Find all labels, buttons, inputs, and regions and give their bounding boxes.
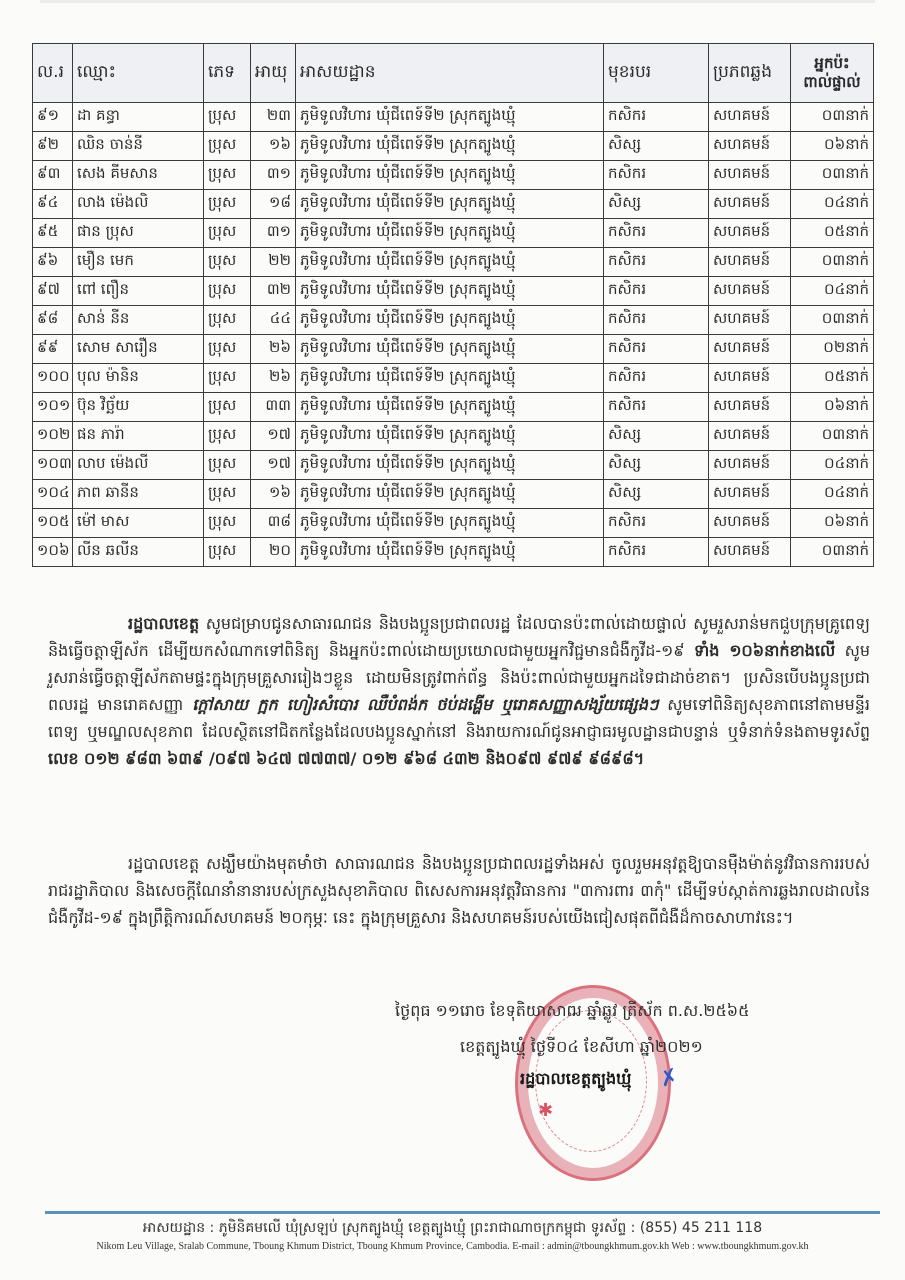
occupation-cell: កសិករ (604, 335, 709, 364)
occupation-cell: សិស្ស (604, 132, 709, 161)
person-name-cell: ផន ភារ៉ា (73, 422, 204, 451)
paragraph-emphasis: ទាំង ១០៦នាក់ខាងលើ (694, 641, 835, 660)
occupation-cell: កសិករ (604, 509, 709, 538)
direct-contacts-cell: ០៤នាក់ (791, 480, 874, 509)
footer-divider (45, 1211, 880, 1214)
row-number-cell: ១០៦ (33, 538, 73, 567)
direct-contacts-cell: ០៣នាក់ (791, 306, 874, 335)
person-name-cell: លាប ម៉េងលី (73, 451, 204, 480)
sex-cell: ប្រុស (204, 335, 251, 364)
row-number-cell: ៩៣ (33, 161, 73, 190)
age-cell: ១៦ (251, 132, 296, 161)
row-number-cell: ៩៩ (33, 335, 73, 364)
table-row: ១០០បុល ម៉ានិនប្រុស២៦ភូមិទូលវិហារ ឃុំជីពេ… (33, 364, 874, 393)
direct-contacts-cell: ០៤នាក់ (791, 277, 874, 306)
table-row: ១០១ប៊ុន វិច្ឆ័យប្រុស៣៣ភូមិទូលវិហារ ឃុំជី… (33, 393, 874, 422)
hotline-numbers: លេខ ០១២ ៩៨៣ ៦៣៩ /០៩៧ ៦៤៧ ៧៧៣៧/ ០១២ ៩៦៨ ៤… (48, 749, 644, 768)
sex-cell: ប្រុស (204, 509, 251, 538)
age-cell: ២៦ (251, 364, 296, 393)
address-cell: ភូមិទូលវិហារ ឃុំជីពេទ៍ទី២ ស្រុកត្បូងឃ្មុ… (296, 132, 604, 161)
occupation-cell: កសិករ (604, 248, 709, 277)
address-cell: ភូមិទូលវិហារ ឃុំជីពេទ៍ទី២ ស្រុកត្បូងឃ្មុ… (296, 248, 604, 277)
age-cell: ១៨ (251, 190, 296, 219)
notice-paragraph-1: រដ្ឋបាលខេត្ត សូមជម្រាបជូនសាធារណជន និងបងប… (48, 610, 870, 772)
age-cell: ១៧ (251, 451, 296, 480)
address-cell: ភូមិទូលវិហារ ឃុំជីពេទ៍ទី២ ស្រុកត្បូងឃ្មុ… (296, 190, 604, 219)
occupation-cell: កសិករ (604, 103, 709, 132)
table-row: ៩៨សាន់ នីនប្រុស៤៤ភូមិទូលវិហារ ឃុំជីពេទ៍ទ… (33, 306, 874, 335)
direct-contacts-cell: ០៥នាក់ (791, 364, 874, 393)
row-number-cell: ១០២ (33, 422, 73, 451)
lunar-date: ថ្ងៃពុធ ១១រោច ខែទុតិយាសាឍ ឆ្នាំឆ្លូវ ត្រ… (395, 1000, 749, 1024)
age-cell: ២៣ (251, 103, 296, 132)
person-name-cell: ដា គន្ធា (73, 103, 204, 132)
direct-contacts-cell: ០២នាក់ (791, 335, 874, 364)
age-cell: ៣១ (251, 161, 296, 190)
occupation-cell: សិស្ស (604, 190, 709, 219)
table-row: ១០៦លីន ឆលីនប្រុស២០ភូមិទូលវិហារ ឃុំជីពេទ៍… (33, 538, 874, 567)
table-header-row: ល.រ ឈ្មោះ ភេទ អាយុ អាសយដ្ឋាន មុខរបរ ប្រភ… (33, 44, 874, 103)
person-name-cell: ប៊ុន វិច្ឆ័យ (73, 393, 204, 422)
infection-source-cell: សហគមន៍ (709, 480, 791, 509)
row-number-cell: ១០៥ (33, 509, 73, 538)
person-name-cell: មឿន មេក (73, 248, 204, 277)
sex-cell: ប្រុស (204, 422, 251, 451)
paragraph-text: រដ្ឋបាលខេត្ត សង្ឃឹមយ៉ាងមុតមាំថា សាធារណជន… (48, 854, 870, 927)
occupation-cell: កសិករ (604, 161, 709, 190)
person-name-cell: សោម សារឿន (73, 335, 204, 364)
person-name-cell: ភាព ឆានីន (73, 480, 204, 509)
row-number-cell: ៩៤ (33, 190, 73, 219)
sex-cell: ប្រុស (204, 306, 251, 335)
occupation-cell: សិស្ស (604, 480, 709, 509)
table-row: ៩១ដា គន្ធាប្រុស២៣ភូមិទូលវិហារ ឃុំជីពេទ៍ទ… (33, 103, 874, 132)
header-contacts-line1: អ្នកប៉ះ (795, 54, 869, 73)
row-number-cell: ៩៦ (33, 248, 73, 277)
sex-cell: ប្រុស (204, 480, 251, 509)
person-name-cell: ផាន ប្រុស (73, 219, 204, 248)
age-cell: ១៦ (251, 480, 296, 509)
sex-cell: ប្រុស (204, 364, 251, 393)
row-number-cell: ១០៣ (33, 451, 73, 480)
infection-source-cell: សហគមន៍ (709, 509, 791, 538)
header-contacts-line2: ពាល់ផ្ទាល់ (795, 73, 869, 92)
table-row: ៩៥ផាន ប្រុសប្រុស៣១ភូមិទូលវិហារ ឃុំជីពេទ៍… (33, 219, 874, 248)
age-cell: ២០ (251, 538, 296, 567)
address-cell: ភូមិទូលវិហារ ឃុំជីពេទ៍ទី២ ស្រុកត្បូងឃ្មុ… (296, 277, 604, 306)
age-cell: ៣៣ (251, 393, 296, 422)
header-age: អាយុ (251, 44, 296, 103)
infection-source-cell: សហគមន៍ (709, 364, 791, 393)
infection-source-cell: សហគមន៍ (709, 103, 791, 132)
occupation-cell: កសិករ (604, 393, 709, 422)
infection-source-cell: សហគមន៍ (709, 161, 791, 190)
direct-contacts-cell: ០៣នាក់ (791, 248, 874, 277)
occupation-cell: កសិករ (604, 364, 709, 393)
contact-list-table: ល.រ ឈ្មោះ ភេទ អាយុ អាសយដ្ឋាន មុខរបរ ប្រភ… (32, 43, 874, 567)
header-address: អាសយដ្ឋាន (296, 44, 604, 103)
occupation-cell: កសិករ (604, 277, 709, 306)
age-cell: ១៧ (251, 422, 296, 451)
person-name-cell: ឈិន ចាន់នី (73, 132, 204, 161)
direct-contacts-cell: ០៣នាក់ (791, 422, 874, 451)
address-cell: ភូមិទូលវិហារ ឃុំជីពេទ៍ទី២ ស្រុកត្បូងឃ្មុ… (296, 422, 604, 451)
table-row: ៩៣សេង គីមសានប្រុស៣១ភូមិទូលវិហារ ឃុំជីពេទ… (33, 161, 874, 190)
age-cell: ៣៨ (251, 509, 296, 538)
address-cell: ភូមិទូលវិហារ ឃុំជីពេទ៍ទី២ ស្រុកត្បូងឃ្មុ… (296, 480, 604, 509)
direct-contacts-cell: ០៥នាក់ (791, 219, 874, 248)
table-row: ៩៦មឿន មេកប្រុស២២ភូមិទូលវិហារ ឃុំជីពេទ៍ទី… (33, 248, 874, 277)
occupation-cell: កសិករ (604, 219, 709, 248)
sex-cell: ប្រុស (204, 538, 251, 567)
infection-source-cell: សហគមន៍ (709, 277, 791, 306)
solar-date: ខេត្តត្បូងឃ្មុំ ថ្ងៃទី០៤ ខែសីហា ឆ្នាំ២០២… (460, 1036, 703, 1060)
occupation-cell: កសិករ (604, 538, 709, 567)
infection-source-cell: សហគមន៍ (709, 306, 791, 335)
infection-source-cell: សហគមន៍ (709, 248, 791, 277)
table-row: ៩៩សោម សារឿនប្រុស២៦ភូមិទូលវិហារ ឃុំជីពេទ៍… (33, 335, 874, 364)
table-row: ៩៤លាង ម៉េងលិប្រុស១៨ភូមិទូលវិហារ ឃុំជីពេទ… (33, 190, 874, 219)
address-cell: ភូមិទូលវិហារ ឃុំជីពេទ៍ទី២ ស្រុកត្បូងឃ្មុ… (296, 393, 604, 422)
person-name-cell: ពៅ ពឿន (73, 277, 204, 306)
address-cell: ភូមិទូលវិហារ ឃុំជីពេទ៍ទី២ ស្រុកត្បូងឃ្មុ… (296, 103, 604, 132)
age-cell: ៣១ (251, 219, 296, 248)
direct-contacts-cell: ០៦នាក់ (791, 132, 874, 161)
infection-source-cell: សហគមន៍ (709, 538, 791, 567)
person-name-cell: លីន ឆលីន (73, 538, 204, 567)
header-no: ល.រ (33, 44, 73, 103)
table-row: ៩២ឈិន ចាន់នីប្រុស១៦ភូមិទូលវិហារ ឃុំជីពេទ… (33, 132, 874, 161)
header-sex: ភេទ (204, 44, 251, 103)
infection-source-cell: សហគមន៍ (709, 219, 791, 248)
row-number-cell: ១០៤ (33, 480, 73, 509)
symptom-list: ក្តៅសាយ ក្អក ហៀរសំបោរ ឈឺបំពង់ក ថប់ដង្ហើម… (192, 695, 658, 714)
occupation-cell: សិស្ស (604, 422, 709, 451)
row-number-cell: ៩២ (33, 132, 73, 161)
sex-cell: ប្រុស (204, 132, 251, 161)
table-body: ៩១ដា គន្ធាប្រុស២៣ភូមិទូលវិហារ ឃុំជីពេទ៍ទ… (33, 103, 874, 567)
person-name-cell: លាង ម៉េងលិ (73, 190, 204, 219)
table-row: ១០៣លាប ម៉េងលីប្រុស១៧ភូមិទូលវិហារ ឃុំជីពេ… (33, 451, 874, 480)
person-name-cell: សាន់ នីន (73, 306, 204, 335)
occupation-cell: សិស្ស (604, 451, 709, 480)
sex-cell: ប្រុស (204, 248, 251, 277)
age-cell: ៤៤ (251, 306, 296, 335)
direct-contacts-cell: ០៤នាក់ (791, 451, 874, 480)
sex-cell: ប្រុស (204, 161, 251, 190)
header-occupation: មុខរបរ (604, 44, 709, 103)
row-number-cell: ៩៧ (33, 277, 73, 306)
address-cell: ភូមិទូលវិហារ ឃុំជីពេទ៍ទី២ ស្រុកត្បូងឃ្មុ… (296, 364, 604, 393)
address-cell: ភូមិទូលវិហារ ឃុំជីពេទ៍ទី២ ស្រុកត្បូងឃ្មុ… (296, 219, 604, 248)
table-row: ១០៥ម៉ៅ មាសប្រុស៣៨ភូមិទូលវិហារ ឃុំជីពេទ៍ទ… (33, 509, 874, 538)
address-cell: ភូមិទូលវិហារ ឃុំជីពេទ៍ទី២ ស្រុកត្បូងឃ្មុ… (296, 335, 604, 364)
person-name-cell: សេង គីមសាន (73, 161, 204, 190)
table-row: ១០២ផន ភារ៉ាប្រុស១៧ភូមិទូលវិហារ ឃុំជីពេទ៍… (33, 422, 874, 451)
direct-contacts-cell: ០៣នាក់ (791, 103, 874, 132)
sex-cell: ប្រុស (204, 451, 251, 480)
footer-address-english: Nikom Leu Village, Sralab Commune, Tboun… (0, 1241, 905, 1252)
age-cell: ២២ (251, 248, 296, 277)
sex-cell: ប្រុស (204, 393, 251, 422)
row-number-cell: ៩៥ (33, 219, 73, 248)
seal-star-icon: ✱ (538, 1100, 553, 1121)
page-top-edge (40, 0, 875, 3)
sex-cell: ប្រុស (204, 190, 251, 219)
direct-contacts-cell: ០៦នាក់ (791, 509, 874, 538)
direct-contacts-cell: ០៤នាក់ (791, 190, 874, 219)
age-cell: ២៦ (251, 335, 296, 364)
direct-contacts-cell: ០៣នាក់ (791, 161, 874, 190)
sex-cell: ប្រុស (204, 219, 251, 248)
signatory-authority: រដ្ឋបាលខេត្តត្បូងឃ្មុំ (520, 1068, 631, 1092)
infection-source-cell: សហគមន៍ (709, 335, 791, 364)
table-row: ៩៧ពៅ ពឿនប្រុស៣២ភូមិទូលវិហារ ឃុំជីពេទ៍ទី២… (33, 277, 874, 306)
address-cell: ភូមិទូលវិហារ ឃុំជីពេទ៍ទី២ ស្រុកត្បូងឃ្មុ… (296, 509, 604, 538)
row-number-cell: ១០០ (33, 364, 73, 393)
sex-cell: ប្រុស (204, 103, 251, 132)
address-cell: ភូមិទូលវិហារ ឃុំជីពេទ៍ទី២ ស្រុកត្បូងឃ្មុ… (296, 306, 604, 335)
header-contacts: អ្នកប៉ះ ពាល់ផ្ទាល់ (791, 44, 874, 103)
occupation-cell: កសិករ (604, 306, 709, 335)
infection-source-cell: សហគមន៍ (709, 451, 791, 480)
paragraph-lead: រដ្ឋបាលខេត្ត (128, 614, 199, 633)
person-name-cell: បុល ម៉ានិន (73, 364, 204, 393)
header-source: ប្រភពឆ្លង (709, 44, 791, 103)
row-number-cell: ៩៨ (33, 306, 73, 335)
infection-source-cell: សហគមន៍ (709, 393, 791, 422)
person-name-cell: ម៉ៅ មាស (73, 509, 204, 538)
address-cell: ភូមិទូលវិហារ ឃុំជីពេទ៍ទី២ ស្រុកត្បូងឃ្មុ… (296, 161, 604, 190)
infection-source-cell: សហគមន៍ (709, 132, 791, 161)
notice-paragraph-2: រដ្ឋបាលខេត្ត សង្ឃឹមយ៉ាងមុតមាំថា សាធារណជន… (48, 850, 870, 931)
sex-cell: ប្រុស (204, 277, 251, 306)
infection-source-cell: សហគមន៍ (709, 422, 791, 451)
infection-source-cell: សហគមន៍ (709, 190, 791, 219)
address-cell: ភូមិទូលវិហារ ឃុំជីពេទ៍ទី២ ស្រុកត្បូងឃ្មុ… (296, 538, 604, 567)
direct-contacts-cell: ០៣នាក់ (791, 538, 874, 567)
row-number-cell: ១០១ (33, 393, 73, 422)
row-number-cell: ៩១ (33, 103, 73, 132)
signature-icon: ✗ (657, 1064, 681, 1093)
table-row: ១០៤ភាព ឆានីនប្រុស១៦ភូមិទូលវិហារ ឃុំជីពេទ… (33, 480, 874, 509)
direct-contacts-cell: ០៦នាក់ (791, 393, 874, 422)
address-cell: ភូមិទូលវិហារ ឃុំជីពេទ៍ទី២ ស្រុកត្បូងឃ្មុ… (296, 451, 604, 480)
age-cell: ៣២ (251, 277, 296, 306)
header-name: ឈ្មោះ (73, 44, 204, 103)
footer-address-khmer: អាសយដ្ឋាន : ភូមិនិគមលើ ឃុំស្រឡប់ ស្រុកត្… (0, 1218, 905, 1239)
